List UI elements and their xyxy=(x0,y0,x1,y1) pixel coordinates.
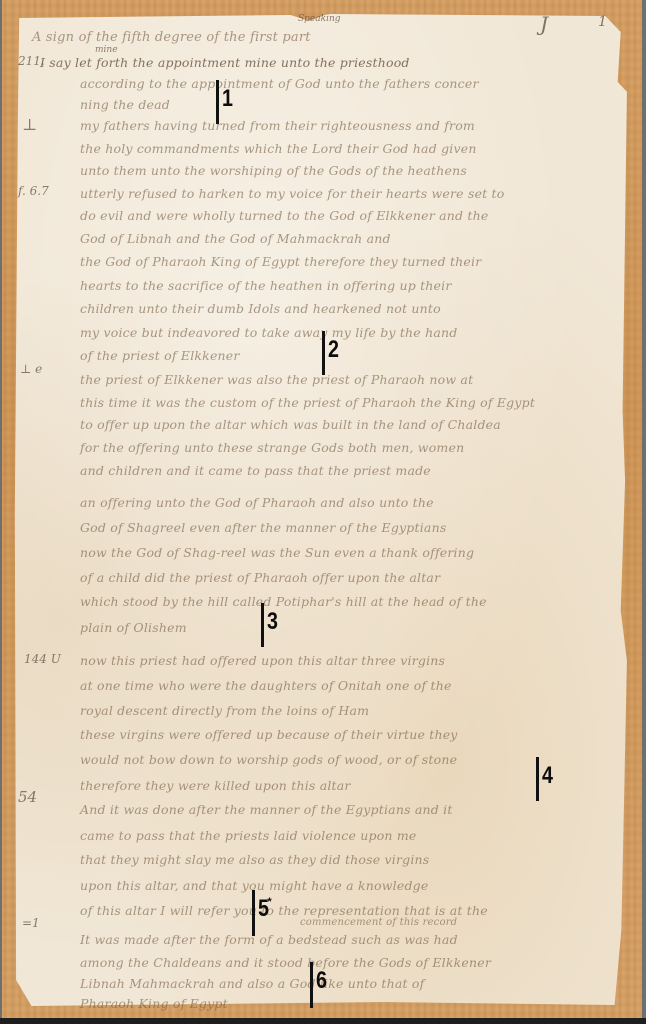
manuscript-line: an offering unto the God of Pharaoh and … xyxy=(80,495,434,510)
manuscript-line: my fathers having turned from their righ… xyxy=(80,118,475,133)
manuscript-line: came to pass that the priests laid viole… xyxy=(80,828,417,843)
marker-number: 3 xyxy=(267,610,278,634)
page-number-mark: 1 xyxy=(598,14,607,30)
margin-note: f. 6.7 xyxy=(18,184,49,198)
manuscript-line: of a child did the priest of Pharaoh off… xyxy=(80,570,440,585)
manuscript-line: my voice but indeavored to take away my … xyxy=(80,325,457,340)
manuscript-line: utterly refused to harken to my voice fo… xyxy=(80,186,505,201)
marker-number: 1 xyxy=(222,87,233,111)
marker-number: 6 xyxy=(316,969,327,993)
section-marker-6: 6 xyxy=(310,962,329,1008)
manuscript-line: for the offering unto these strange Gods… xyxy=(80,440,464,455)
marker-number: 2 xyxy=(328,338,339,362)
manuscript-line: among the Chaldeans and it stood before … xyxy=(80,955,491,970)
interlinear-note-speaking: Speaking xyxy=(298,14,341,24)
bottom-border xyxy=(0,1018,646,1024)
manuscript-line: And it was done after the manner of the … xyxy=(80,802,453,817)
manuscript-line: now this priest had offered upon this al… xyxy=(80,653,445,668)
section-marker-4: 4 xyxy=(536,757,555,801)
manuscript-line: Pharaoh King of Egypt xyxy=(80,996,228,1011)
manuscript-line: children unto their dumb Idols and heark… xyxy=(80,301,441,316)
manuscript-line: now the God of Shag-reel was the Sun eve… xyxy=(80,545,474,560)
section-marker-2: 2 xyxy=(322,331,341,375)
manuscript-line: hearts to the sacrifice of the heathen i… xyxy=(80,278,452,293)
section-marker-1: 1 xyxy=(216,80,235,124)
manuscript-line: unto them unto the worshiping of the God… xyxy=(80,163,467,178)
marker-bar xyxy=(322,331,325,375)
manuscript-line: I say let forth the appointment mine unt… xyxy=(40,55,410,70)
section-marker-5: 5 * xyxy=(252,890,272,936)
manuscript-line: do evil and were wholly turned to the Go… xyxy=(80,208,488,223)
page-letter-mark: J xyxy=(540,12,548,36)
section-marker-3: 3 xyxy=(261,603,280,647)
manuscript-line: therefore they were killed upon this alt… xyxy=(80,778,351,793)
marker-number: 5 xyxy=(258,897,269,921)
manuscript-line: that they might slay me also as they did… xyxy=(80,852,429,867)
manuscript-line: this time it was the custom of the pries… xyxy=(80,395,535,410)
manuscript-line: to offer up upon the altar which was bui… xyxy=(80,417,501,432)
manuscript-line: and children and it came to pass that th… xyxy=(80,463,431,478)
marker-bar xyxy=(310,962,313,1008)
manuscript-line: at one time who were the daughters of On… xyxy=(80,678,452,693)
manuscript-heading: A sign of the fifth degree of the first … xyxy=(32,30,311,45)
manuscript-line: commencement of this record xyxy=(300,917,457,928)
marker-number: 4 xyxy=(542,764,553,788)
manuscript-line: would not bow down to worship gods of wo… xyxy=(80,752,457,767)
marker-bar xyxy=(536,757,539,801)
manuscript-line: these virgins were offered up because of… xyxy=(80,727,458,742)
interlinear-note-mine: mine xyxy=(95,45,118,55)
marker-bar xyxy=(252,890,255,936)
margin-note: =1 xyxy=(22,916,40,930)
manuscript-line: the God of Pharaoh King of Egypt therefo… xyxy=(80,254,481,269)
marker-bar xyxy=(216,80,219,124)
manuscript-line: plain of Olishem xyxy=(80,620,187,635)
manuscript-line: the priest of Elkkener was also the prie… xyxy=(80,372,473,387)
manuscript-line: ning the dead xyxy=(80,97,170,112)
manuscript-line: which stood by the hill called Potiphar'… xyxy=(80,594,487,609)
manuscript-line: God of Shagreel even after the manner of… xyxy=(80,520,446,535)
margin-note: ⊥ xyxy=(22,115,37,134)
manuscript-line: God of Libnah and the God of Mahmackrah … xyxy=(80,231,391,246)
manuscript-line: the holy commandments which the Lord the… xyxy=(80,141,477,156)
manuscript-line: Libnah Mahmackrah and also a God like un… xyxy=(80,976,424,991)
marker-bar xyxy=(261,603,264,647)
manuscript-line: of the priest of Elkkener xyxy=(80,348,240,363)
margin-note: 54 xyxy=(18,788,37,806)
manuscript-line: according to the appointment of God unto… xyxy=(80,76,479,91)
margin-note: 144 U xyxy=(24,652,61,666)
manuscript-line: of this altar I will refer you to the re… xyxy=(80,903,488,918)
manuscript-line: royal descent directly from the loins of… xyxy=(80,703,369,718)
margin-note: ⊥ e xyxy=(20,362,42,376)
